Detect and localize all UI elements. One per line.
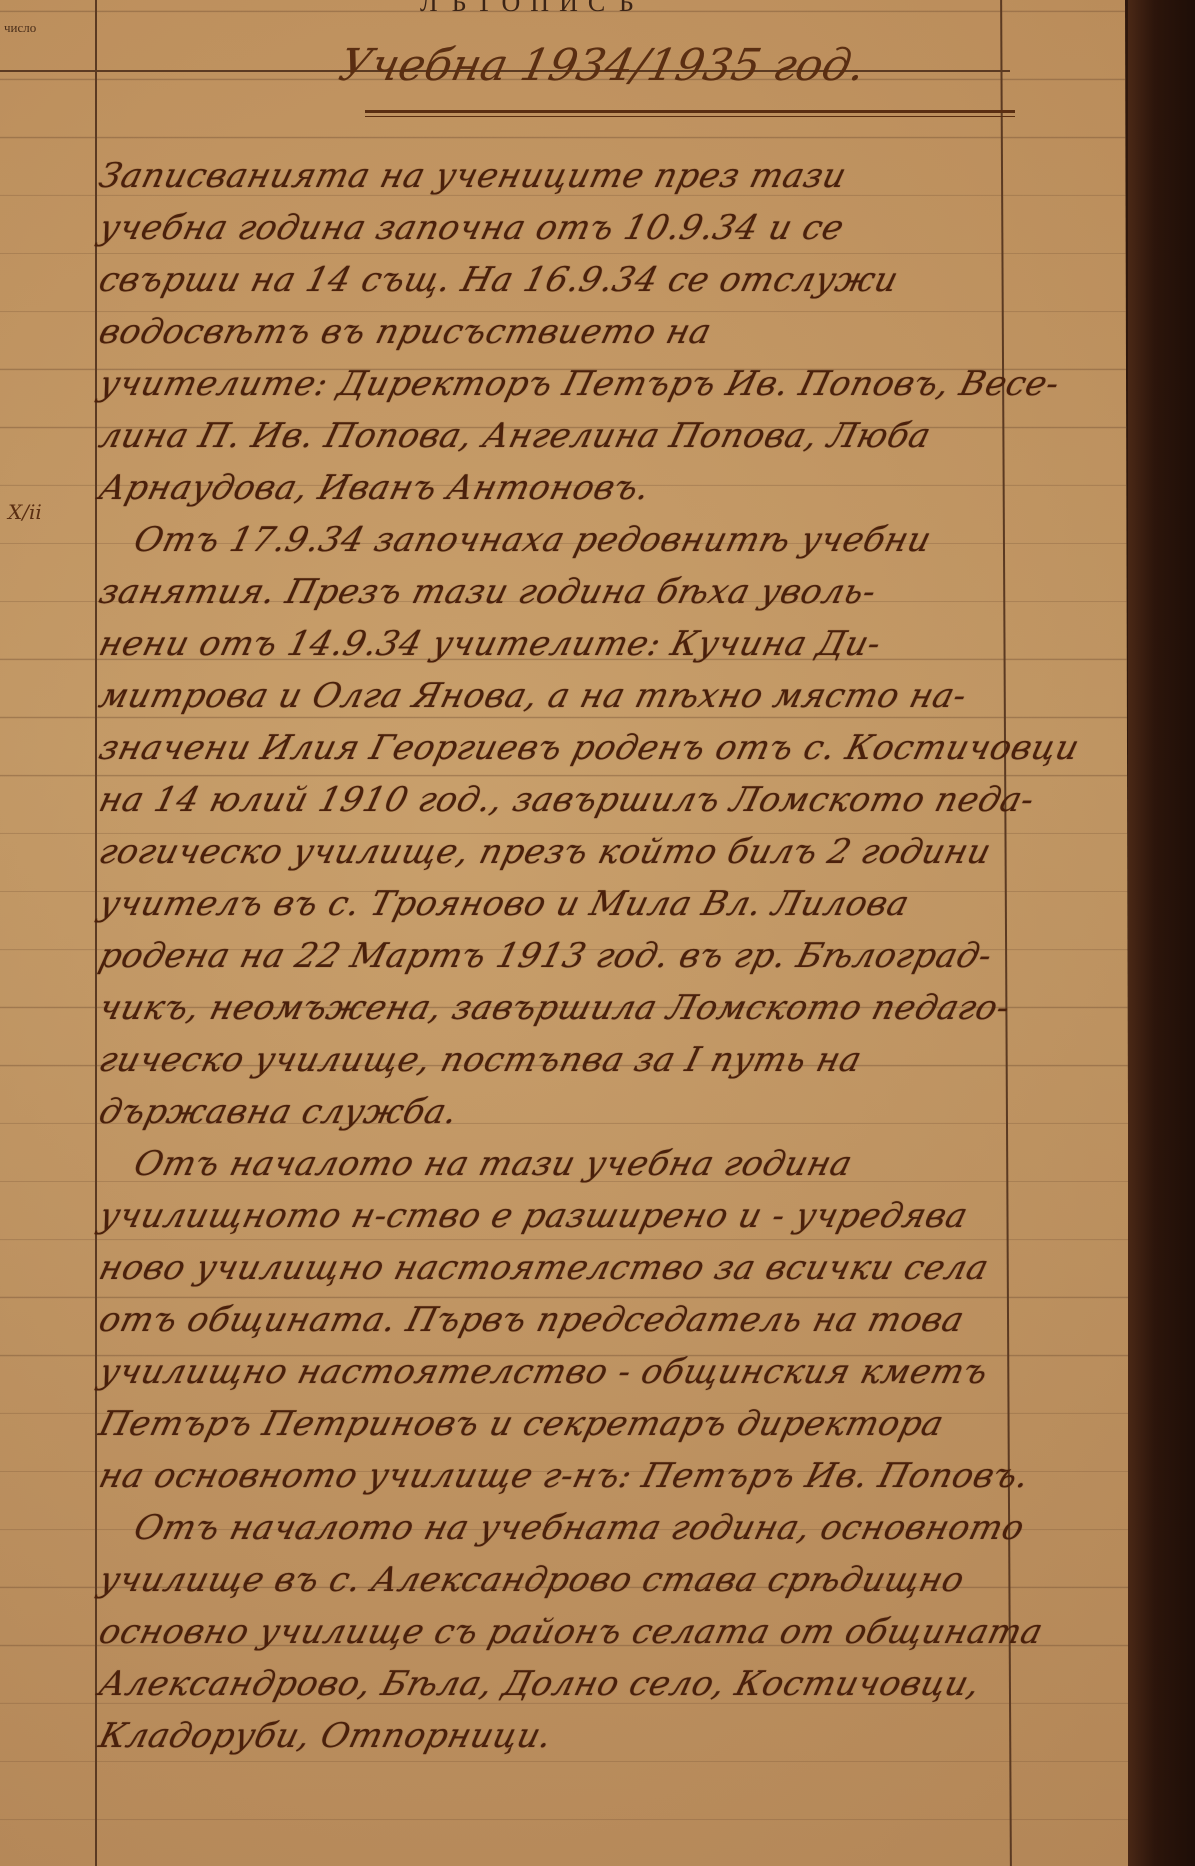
text-line: Отъ 17.9.34 започнаха редовнитѣ учебни (94, 514, 1167, 566)
page-edge-shadow (1128, 0, 1195, 1866)
text-line: гогическо училище, презъ който билъ 2 го… (94, 826, 1167, 878)
school-year-heading: Учебна 1934/1935 год. (335, 40, 870, 91)
date-column-label: число (4, 20, 36, 36)
text-line: учебна година започна отъ 10.9.34 и се (94, 202, 1167, 254)
text-line: Александрово, Бѣла, Долно село, Костичов… (94, 1658, 1167, 1710)
text-line: Записванията на учениците през тази (94, 150, 1167, 202)
text-line: на основното училище г-нъ: Петъръ Ив. По… (94, 1450, 1167, 1502)
text-line: родена на 22 Мартъ 1913 год. въ гр. Бѣло… (94, 930, 1167, 982)
ledger-photo: ЛЪТОПИСЪ число Учебна 1934/1935 год. X/i… (0, 0, 1195, 1866)
text-line: на 14 юлий 1910 год., завършилъ Ломското… (94, 774, 1167, 826)
text-line: чикъ, неомъжена, завършила Ломското педа… (94, 982, 1167, 1034)
text-line: свърши на 14 същ. На 16.9.34 се отслужи (94, 254, 1167, 306)
text-line: водосвѣтъ въ присъствието на (94, 306, 1167, 358)
heading-underline-thin (365, 116, 1015, 117)
text-line: занятия. Презъ тази година бѣха уволь- (94, 566, 1167, 618)
text-line: ново училищно настоятелство за всички се… (94, 1242, 1167, 1294)
text-line: лина П. Ив. Попова, Ангелина Попова, Люб… (94, 410, 1167, 462)
text-line: отъ общината. Първъ председатель на това (94, 1294, 1167, 1346)
printed-title: ЛЪТОПИСЪ (420, 0, 643, 18)
text-line: учителите: Директоръ Петъръ Ив. Поповъ, … (94, 358, 1167, 410)
text-line: държавна служба. (94, 1086, 1167, 1138)
text-line: митрова и Олга Янова, а на тѣхно място н… (94, 670, 1167, 722)
handwritten-entry: Записванията на учениците през тази учеб… (100, 150, 1160, 1762)
text-line: Отъ началото на учебната година, основно… (94, 1502, 1167, 1554)
text-line: Петъръ Петриновъ и секретаръ директора (94, 1398, 1167, 1450)
text-line: училище въ с. Александрово става срѣдищн… (94, 1554, 1167, 1606)
text-line: основно училище съ районъ селата от общи… (94, 1606, 1167, 1658)
date-column-margin-line (95, 0, 97, 1866)
text-line: Отъ началото на тази учебна година (94, 1138, 1167, 1190)
text-line: училищното н-ство е разширено и - учредя… (94, 1190, 1167, 1242)
ledger-page: ЛЪТОПИСЪ число Учебна 1934/1935 год. X/i… (0, 0, 1130, 1866)
text-line: Кладоруби, Отпорници. (94, 1710, 1167, 1762)
margin-date-note: X/ii (8, 500, 42, 524)
text-line: значени Илия Георгиевъ роденъ отъ с. Кос… (94, 722, 1167, 774)
text-line: гическо училище, постъпва за I путь на (94, 1034, 1167, 1086)
text-line: учителъ въ с. Трояново и Мила Вл. Лилова (94, 878, 1167, 930)
heading-underline (365, 110, 1015, 113)
text-line: училищно настоятелство - общинския кметъ (94, 1346, 1167, 1398)
text-line: нени отъ 14.9.34 учителите: Кучина Ди- (94, 618, 1167, 670)
text-line: Арнаудова, Иванъ Антоновъ. (94, 462, 1167, 514)
